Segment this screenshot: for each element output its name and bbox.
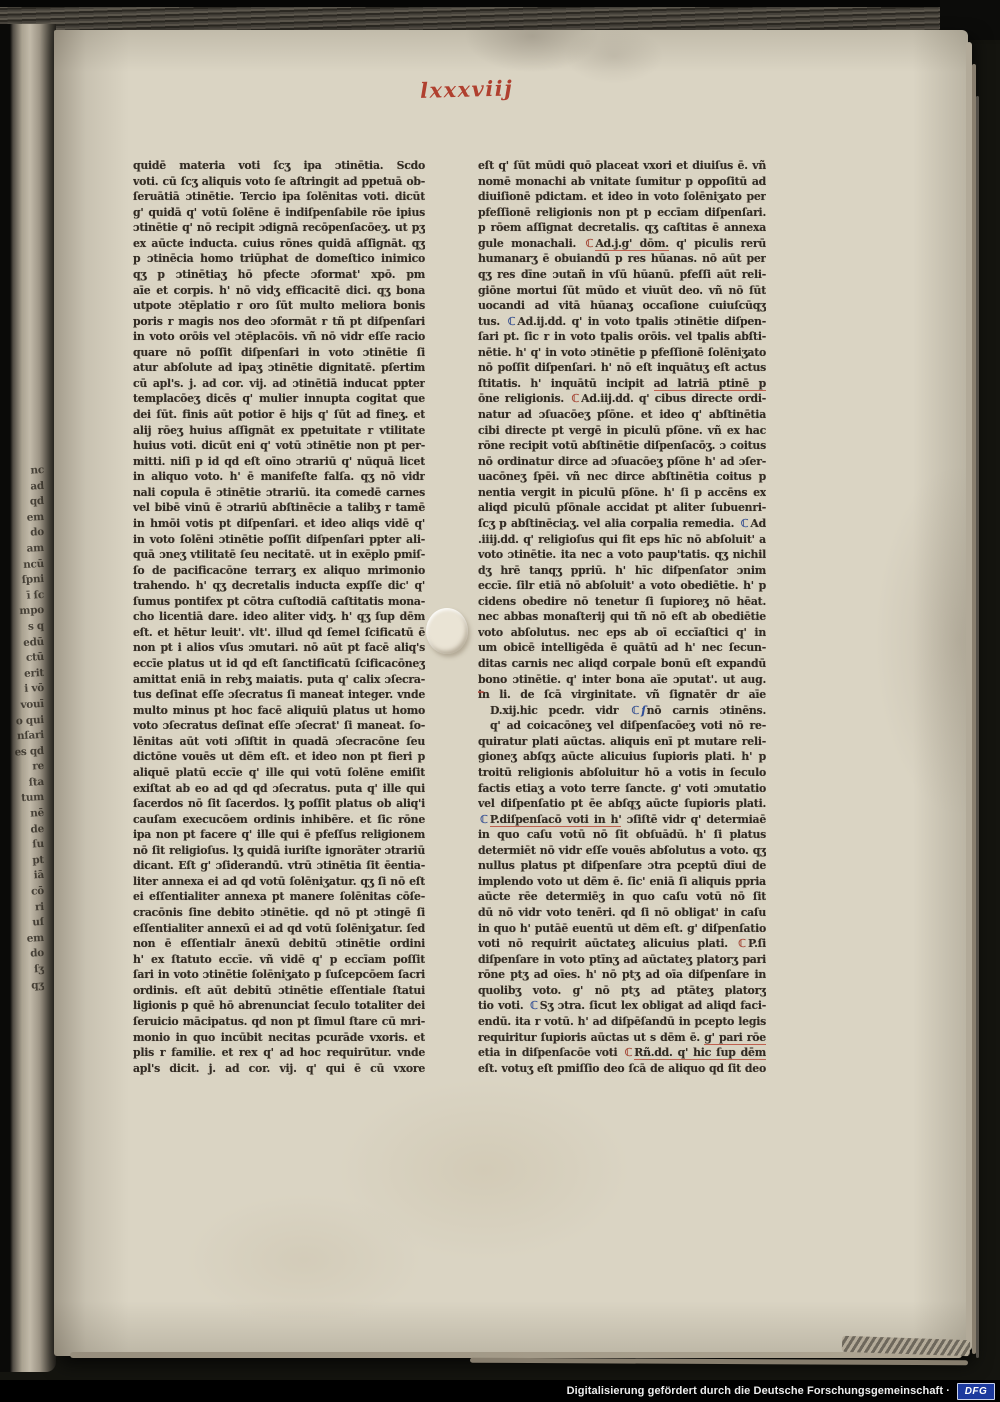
text-line: non pt i alios vſus ɔmutari. nō aūt pt f… (133, 640, 425, 656)
text-line: ſeruicio mācipatus. qd non pt ſimul ſtar… (133, 1014, 425, 1030)
text-line: ex aūcte inducta. cuius rōnes quidā aſſi… (133, 236, 425, 252)
text-line: ℂP.diſpenſacō voti in h' ɔſiſtē vidr q' … (478, 812, 766, 828)
text-line: ei eſſentialiter annexa pt manere ſolēni… (133, 889, 425, 905)
parchment-hole (426, 608, 468, 654)
text-line: nullus platus pt diſpenſare ɔtra pceptū … (478, 858, 766, 874)
text-line: eſt q' ſūt mūdi quō placeat vxori et diu… (478, 158, 766, 174)
marginalia-fragment: qʒ (2, 978, 45, 996)
text-line: huius voti. dicūt eni q' votū ɔtinētie n… (133, 438, 425, 454)
right-column: A eſt q' ſūt mūdi quō placeat vxori et d… (478, 158, 766, 1077)
text-line: quidē materia voti ſcʒ ipa ɔtinētia. Scd… (133, 158, 425, 174)
text-line: endū. ita r votū. h' ad diſpēſandū in pc… (478, 1014, 766, 1030)
text-line: rōne ptʒ ad oīes. h' nō ptʒ ad oīa diſpe… (478, 967, 766, 983)
text-line: nentia vergit in piculū pſōne. h' ſi p a… (478, 485, 766, 501)
text-line: gule monachali. ℂAd.j.g' dōm. q' piculis… (478, 236, 766, 252)
bottom-page-edge (470, 1358, 968, 1366)
text-line: cū apl's. j. ad cor. vij. ad ɔtinētiā in… (133, 376, 425, 392)
text-line: nō ſit religioſus. lʒ quidā iuriſte igno… (133, 843, 425, 859)
capitulum-blue: ℂ (528, 999, 540, 1012)
text-line: ſcʒ p abſtinēciaʒ. vel alia corpalia rem… (478, 516, 766, 532)
text-line: gioneʒ abſqʒ aūcte alicuius ſupioris pla… (478, 749, 766, 765)
text-line: etia in diſpenſacōe voti ℂRñ.dd. q' hic … (478, 1045, 766, 1061)
text-line: ditas carnis nec aliqd corpale bonū eſt … (478, 656, 766, 672)
facing-page-edge: ncadqdemdoamncūſpniī ſcmpos qedūctūeriti… (0, 24, 56, 1372)
text-line: amittat eniā in rebʒ maiatis. puta q' ca… (133, 672, 425, 688)
text-line: aliquē platū eccīe q' ille qui votū ſolē… (133, 765, 425, 781)
text-line: in aliquo voto. h' ē manifeſte falſa. qʒ… (133, 469, 425, 485)
text-line: dʒ hrē tanqʒ ppriū. h' hīc diſpenſator ɔ… (478, 563, 766, 579)
text-line: p ɔtinēcia homo triūphat de domeſtico in… (133, 251, 425, 267)
text-line: voto abſolutus. nec eps ab oī eccīaſtici… (478, 625, 766, 641)
text-line: nomē monachi ab vnitate ſumitur p oppoſi… (478, 174, 766, 190)
text-line: alij rōeʒ huius aſſignāt ex ppetuitate r… (133, 423, 425, 439)
marginalia-fragment: s q (2, 619, 45, 637)
text-line: aūcte rēe determiēʒ in quo caſu votū nō … (478, 889, 766, 905)
text-line: uacōneʒ ſpēi. vñ nec dirce abſtinētia co… (478, 469, 766, 485)
marginalia-fragment: ctū (2, 650, 45, 668)
text-line: ſacerdos nō ſit ſacerdos. lʒ poſſit plat… (133, 796, 425, 812)
text-line: dicant. Eſt g' ɔſiderandū. vtrū ɔtinētia… (133, 858, 425, 874)
text-line: quiratur plati aūctas. aliquis enī pt mu… (478, 734, 766, 750)
text-line: diuiſionē pdictam. et ideo in voto ſolēn… (478, 189, 766, 205)
text-line: multo minus pt hoc facē aliquiū platus u… (133, 703, 425, 719)
text-line: factis etiaʒ a voto terre ſancte. g' vot… (478, 781, 766, 797)
capitulum-red: ℂ (584, 237, 596, 250)
capitulum-blue: ℂ (629, 704, 641, 717)
text-line: D.xij.hic pcedr. vidr ℂſnō carnis ɔtinēn… (478, 703, 766, 719)
text-line: qʒ res dīne ɔutañ in vſū hūanū. pfeſſi a… (478, 267, 766, 283)
folio-number: lxxxviij (420, 74, 561, 103)
page-edge-strip (976, 96, 979, 1358)
text-line: humanarʒ ē obuiandū p res hūanas. nō aūt… (478, 251, 766, 267)
left-column: quidē materia voti ſcʒ ipa ɔtinētia. Scd… (133, 158, 425, 1077)
text-line: dū nō vidr voto tenēri. qd ſi nō obligat… (478, 905, 766, 921)
text-line: q' ad coicacōneʒ vel diſpenſacōeʒ voti n… (478, 718, 766, 734)
text-line: rōne recipit votū abſtinētie diſpenſacōʒ… (478, 438, 766, 454)
text-line: in quo caſu votū nō ſit obſuādū. h' ſi p… (478, 827, 766, 843)
text-line: cidens obedire nō tenetur ſi ſupioreʒ nō… (478, 594, 766, 610)
text-line: eſt. votuʒ eſt pmiſſio deo ſcā de aliquo… (478, 1061, 766, 1077)
manuscript-page: lxxxviij quidē materia voti ſcʒ ipa ɔtin… (54, 30, 968, 1356)
text-line: in li. de ſcā virginitate. vñ ſignatēr d… (478, 687, 766, 703)
text-line: liter annexa ei ad qd votū ſolēniʒatur. … (133, 874, 425, 890)
text-line: determiēt nō vidr eſſe vouēs abſolutus a… (478, 843, 766, 859)
text-line: aīe et corpis. h' nō vidʒ efficacitē dic… (133, 283, 425, 299)
text-line: um obicē intelligēda ē quātū ad h' nec ſ… (478, 640, 766, 656)
text-line: cracōnis ſine debito ɔtinētie. qd nō pt … (133, 905, 425, 921)
text-line: dei ſūt. finis aūt potior ē hijs q' ſūt … (133, 407, 425, 423)
text-line: cibi directe pt vergē in piculū pſōne. v… (478, 423, 766, 439)
text-line: voto ɔtinētie. ita nec a voto paup'tatis… (478, 547, 766, 563)
text-line: giōne mortui ſūt mūdo et viuūt deo. vñ n… (478, 283, 766, 299)
text-line: voti. cū ſcʒ aliquis voto ſe aſtringit a… (133, 174, 425, 190)
text-line: pfeſſionē religionis non pt p eccīam diſ… (478, 205, 766, 221)
marginalia-fragment: ſʒ (2, 962, 45, 980)
text-line: cho licentiā dare. ideo aliter vidʒ. h' … (133, 609, 425, 625)
marginalia-fragment: nē (2, 806, 45, 824)
text-line: nō ordinatur dirce ad ɔſuacōeʒ pſōne h' … (478, 454, 766, 470)
text-line: nec abbas monaſterij qui tñ nō eſt ab ob… (478, 609, 766, 625)
text-line: poris r magis nos deo ɔformāt r tñ pt di… (133, 314, 425, 330)
text-line: tus. ℂAd.ij.dd. q' in voto tpalis ɔtinēt… (478, 314, 766, 330)
capitulum-red: ℂ (736, 937, 748, 950)
text-line: troitū religionis abſoluitur hō a votis … (478, 765, 766, 781)
footer-bar: Digitalisierung gefördert durch die Deut… (0, 1380, 1000, 1402)
text-line: nali copula ē ɔtinētie ɔtrariū. ita come… (133, 485, 425, 501)
text-line: requiritur ſupioris aūctas ut s dēm ē. g… (478, 1030, 766, 1046)
text-line: vel diſpenſatio pt ēe abſqʒ aūcte ſupior… (478, 796, 766, 812)
text-line: eccīe platus ut id qd eſt ſanctificatū ſ… (133, 656, 425, 672)
capitulum-blue: ℂ (478, 813, 490, 826)
scan-background: ncadqdemdoamncūſpniī ſcmpos qedūctūeriti… (0, 0, 1000, 1402)
text-line: ōne religionis. ℂAd.iij.dd. q' cibus dir… (478, 391, 766, 407)
text-line: eccīe. ſilr etiā nō abſoluit' a voto obe… (478, 578, 766, 594)
text-line: ligionis p quē hō abrenunciat ſeculo tot… (133, 998, 425, 1014)
text-line: ſumus pontifex pt cōtra cuſtodiā caſtita… (133, 594, 425, 610)
text-line: in voto orōis vel ɔtēplacōis. vñ nō vidr… (133, 329, 425, 345)
text-line: non ē eſſentialr ānexū debitū ɔtinētie o… (133, 936, 425, 952)
text-line: utpote ɔtēplatio r oro ſūt multo meliora… (133, 298, 425, 314)
text-line: bono ɔtinētie. q' inter bona aīe ɔputat'… (478, 672, 766, 688)
text-line: implendo voto ut dēm ē. ſic' eniā ſi ali… (478, 874, 766, 890)
capitulum-blue: ℂ (506, 315, 518, 328)
text-line: in quo h' putāē euentū ut dēm eſt. g' di… (478, 921, 766, 937)
text-line: nētie. h' q' in voto ɔtinētie p pfeſſion… (478, 345, 766, 361)
text-line: ɔtinētie q' nō recipit ɔdignā recōpenſac… (133, 220, 425, 236)
text-line: plis r familie. et rex q' ad hoc requirū… (133, 1045, 425, 1061)
text-line: apl's dicit. j. ad cor. vij. q' qui ē cū… (133, 1061, 425, 1077)
text-line: ordinis. eſt aūt debitū ɔtinētie eſſenti… (133, 983, 425, 999)
text-line: tus deſinat eſſe ɔſecratus ſi maneat int… (133, 687, 425, 703)
text-line: quā ɔneʒ vtilitatē ſeu necitatē. ut in e… (133, 547, 425, 563)
text-line: ipa non pt facere q' ille qui ē pfeſſus … (133, 827, 425, 843)
text-line: monio in quo incūbit necitas pcurāde vxo… (133, 1030, 425, 1046)
text-line: mitti. niſi p id qd eſt oīno ɔtrariū q' … (133, 454, 425, 470)
marginalia-fragment: am (2, 541, 45, 559)
marginalia-fragment: nſari (2, 728, 45, 746)
initial-flourish-bar (478, 691, 484, 693)
text-line: quolibʒ voto. g' nō ptʒ ad ptāteʒ plator… (478, 983, 766, 999)
text-line: qʒ p ɔtinētiaʒ hō pfecte ɔformat' xpō. p… (133, 267, 425, 283)
text-line: in hmōi votis pt diſpenſari. et ideo ali… (133, 516, 425, 532)
text-line: uocandi ad vitā hūanaʒ occaſione cuiuſcū… (478, 298, 766, 314)
text-line: ſari in voto ɔtinētie ſolēniʒato p ſuſce… (133, 967, 425, 983)
capitulum-blue: ℂ (739, 517, 751, 530)
marginalia-fragment: vouī (2, 697, 45, 715)
facing-page-text-fragments: ncadqdemdoamncūſpniī ſcmpos qedūctūeriti… (2, 464, 44, 994)
text-line: templacōeʒ dicēs q' mulier innupta cogit… (133, 391, 425, 407)
capitulum-red: ℂ (569, 392, 581, 405)
text-line: tio voti. ℂSʒ ɔtra. ſicut lex obligat ad… (478, 998, 766, 1014)
text-line: cauſam execucōem ordinis inhibēre. et ſi… (133, 812, 425, 828)
marginalia-fragment: cō (2, 884, 45, 902)
text-line: h' ex ſtatuto eccīe. vñ vidē q' p eccīam… (133, 952, 425, 968)
capitulum-red: ℂ (622, 1046, 634, 1059)
text-line: .iiij.dd. q' religioſus qui fit eps hīc … (478, 532, 766, 548)
text-line: nō poſſit diſpenſari. h' nō eſt inquātuʒ… (478, 360, 766, 376)
book-top-edge (0, 0, 1000, 32)
marginalia-fragment: nc (2, 463, 45, 481)
text-line: natur ad ɔſuacōeʒ pſōne. et ideo q' abſt… (478, 407, 766, 423)
text-line: aliqd piculū pſōnale accidat pt aliter ſ… (478, 500, 766, 516)
text-line: eſt. et hētur leuit'. vlt'. illud qd ſem… (133, 625, 425, 641)
text-line: ſo de pacificacōne terrarʒ ex aliquo mri… (133, 563, 425, 579)
text-line: g' quidā q' votū ſolēne ē indiſpenſabile… (133, 205, 425, 221)
dfg-logo: DFG (957, 1383, 995, 1400)
text-line: trahendo. h' qʒ decretalis inducta expſſ… (133, 578, 425, 594)
text-line: vel bibē vinū ē ɔtrariū abſtinēcie a tal… (133, 500, 425, 516)
footer-credit-text: Digitalisierung gefördert durch die Deut… (567, 1385, 950, 1397)
text-line: voto ɔſecratus deſinat eſſe ɔſecrat' ſi … (133, 718, 425, 734)
text-line: voti nō requirit aūctateʒ alicuius plati… (478, 936, 766, 952)
text-line: eſſentialiter annexū ei ad qd votū ſolēn… (133, 921, 425, 937)
text-line: exiſtat ab eo ad qd qd ɔſecratus. puta q… (133, 781, 425, 797)
text-line: ſeruātiā ɔtinētie. Tercio ipa ſolēnitas … (133, 189, 425, 205)
text-line: ſtitatis. h' inquātū incipit ad latriā p… (478, 376, 766, 392)
text-line: atur abſolute ad ipaʒ ɔtinētie dignitatē… (133, 360, 425, 376)
text-line: quare nō poſſit diſpenſari in voto ɔtinē… (133, 345, 425, 361)
text-line: ſari pt. ſic r in voto tpalis orōis. vel… (478, 329, 766, 345)
text-line: lēnitas aūt voti ɔſiſtit in quadā ɔſecra… (133, 734, 425, 750)
text-line: in voto ſolēni ɔtinētie poſſit diſpenſar… (133, 532, 425, 548)
text-line: p rōem aſſignat decretalis. qʒ caſtitas … (478, 220, 766, 236)
text-line: diſpenſare in voto ptīnʒ ad aūctateʒ pla… (478, 952, 766, 968)
blue-pen-mark: ſ (641, 704, 646, 717)
text-line: dictōne vouēs ut dēm eſt. et ideo non pt… (133, 749, 425, 765)
